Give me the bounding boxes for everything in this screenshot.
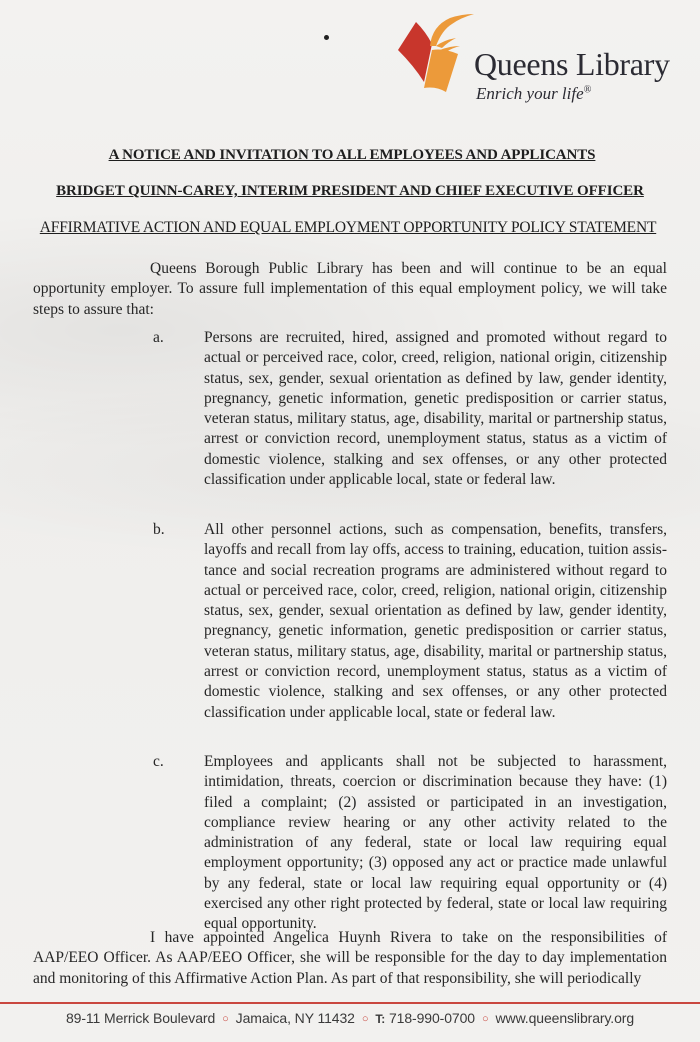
bullet-icon: ○ [355,1013,376,1025]
closing-text: I have appointed Angelica Huynh Rivera t… [33,929,667,987]
bullet-icon: ○ [475,1013,496,1025]
intro-paragraph: Queens Borough Public Library has been a… [33,259,667,320]
footer-city: Jamaica, NY 11432 [236,1010,355,1026]
list-item-label: b. [153,520,165,540]
list-item-text: All other personnel actions, such as com… [204,520,667,723]
list-item-text: Employees and applicants shall not be su… [204,752,667,935]
closing-paragraph: I have appointed Angelica Huynh Rivera t… [33,928,667,989]
footer-divider [0,1002,700,1004]
logo-name: Queens Library [474,46,670,83]
logo-tagline: Enrich your life® [476,84,591,104]
queens-library-logo: Queens Library Enrich your life® [396,10,686,100]
document-page: Queens Library Enrich your life® A NOTIC… [0,0,700,1042]
notice-heading: A NOTICE AND INVITATION TO ALL EMPLOYEES… [2,147,700,164]
footer-contact: 89-11 Merrick Boulevard○Jamaica, NY 1143… [0,1010,700,1026]
stray-ink-dot [324,35,329,40]
logo-tagline-text: Enrich your life [476,84,584,103]
book-flame-icon [396,10,476,95]
registered-mark: ® [584,84,592,95]
list-item-text: Persons are recruited, hired, assigned a… [204,328,667,490]
author-heading: BRIDGET QUINN-CAREY, INTERIM PRESIDENT A… [0,183,700,200]
footer-phone: 718-990-0700 [389,1010,475,1026]
intro-text: Queens Borough Public Library has been a… [33,260,667,318]
list-item-label: a. [153,328,164,348]
list-item-label: c. [153,752,164,772]
phone-label: T: [375,1012,385,1026]
footer-address: 89-11 Merrick Boulevard [66,1010,215,1026]
policy-heading: AFFIRMATIVE ACTION AND EQUAL EMPLOYMENT … [0,219,698,237]
bullet-icon: ○ [215,1013,236,1025]
footer-website[interactable]: www.queenslibrary.org [496,1010,634,1026]
